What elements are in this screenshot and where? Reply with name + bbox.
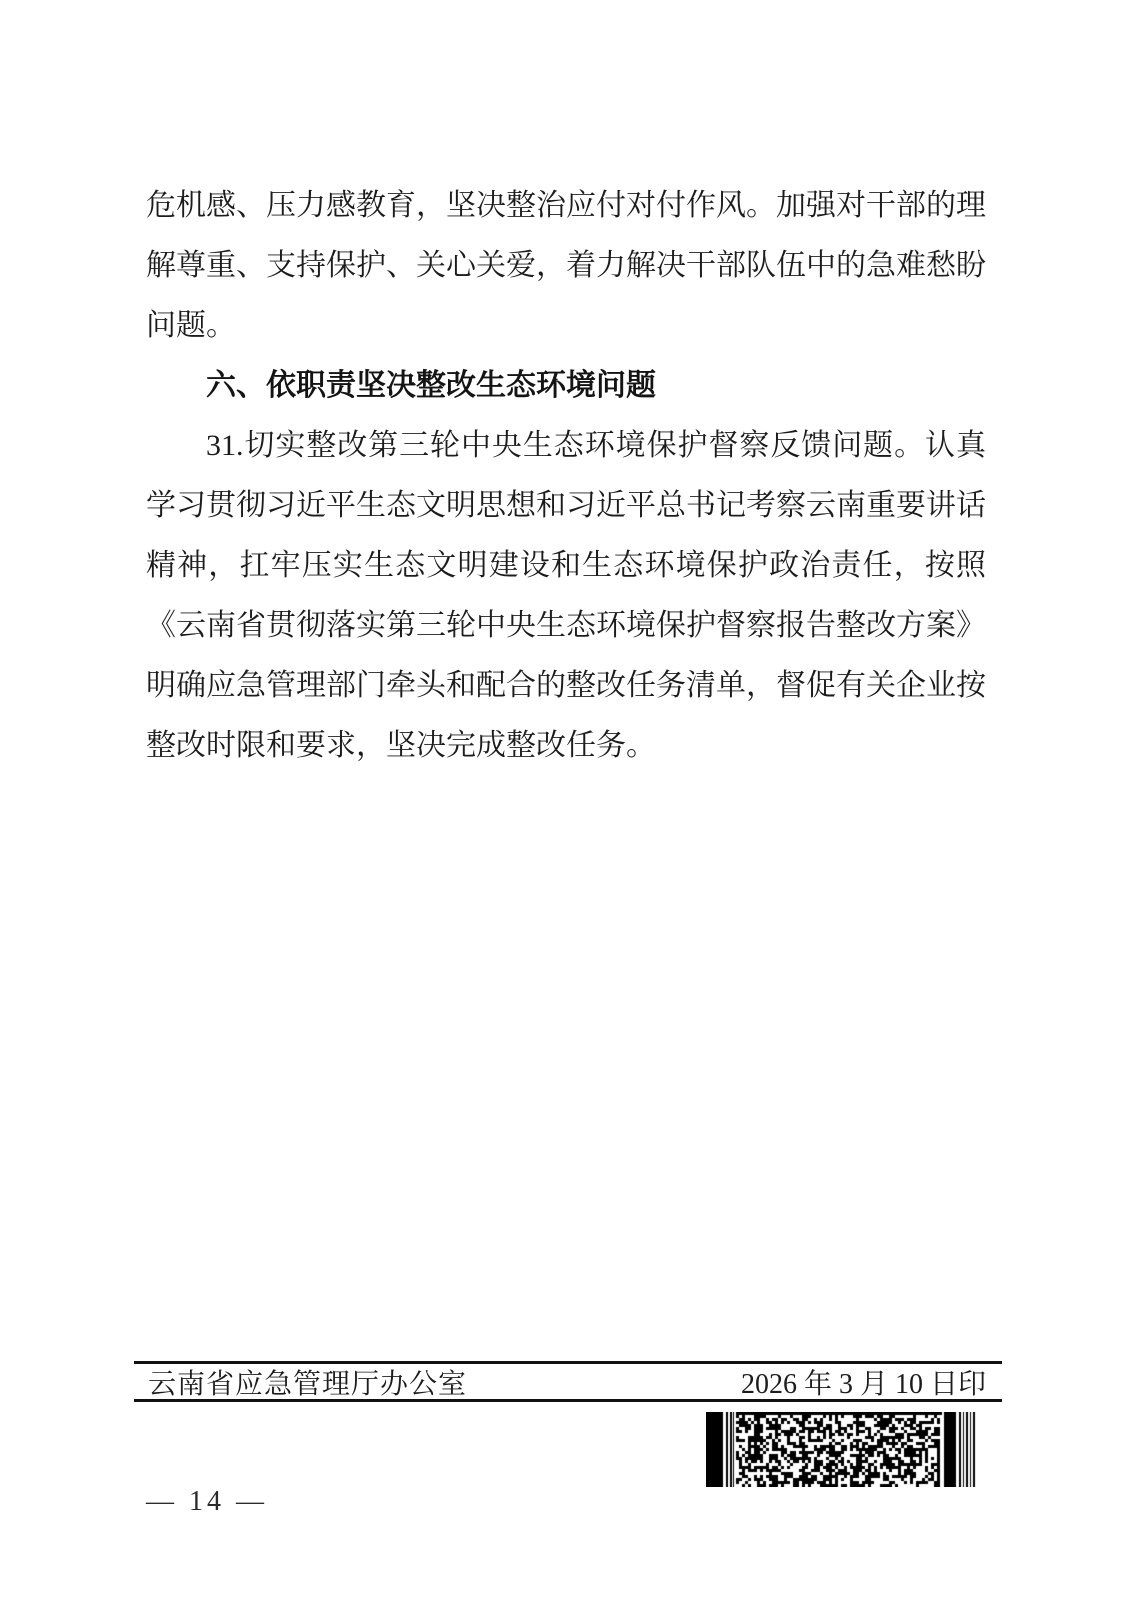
document-page: 危机感、压力感教育，坚决整治应付对付作风。加强对干部的理解尊重、支持保护、关心关… xyxy=(0,0,1131,1600)
paragraph-item-31: 31.切实整改第三轮中央生态环境保护督察反馈问题。认真学习贯彻习近平生态文明思想… xyxy=(146,416,986,776)
paragraph-continued: 危机感、压力感教育，坚决整治应付对付作风。加强对干部的理解尊重、支持保护、关心关… xyxy=(146,176,986,356)
colophon: 云南省应急管理厅办公室 2026 年 3 月 10 日印 xyxy=(134,1361,1002,1402)
page-number: — 14 — xyxy=(146,1486,268,1518)
pdf417-barcode-icon xyxy=(706,1412,977,1487)
issuing-office: 云南省应急管理厅办公室 xyxy=(148,1362,467,1402)
print-date: 2026 年 3 月 10 日印 xyxy=(741,1362,986,1402)
section-heading: 六、依职责坚决整改生态环境问题 xyxy=(146,356,986,416)
footer-row: 云南省应急管理厅办公室 2026 年 3 月 10 日印 xyxy=(134,1364,1002,1399)
document-body: 危机感、压力感教育，坚决整治应付对付作风。加强对干部的理解尊重、支持保护、关心关… xyxy=(146,0,986,776)
